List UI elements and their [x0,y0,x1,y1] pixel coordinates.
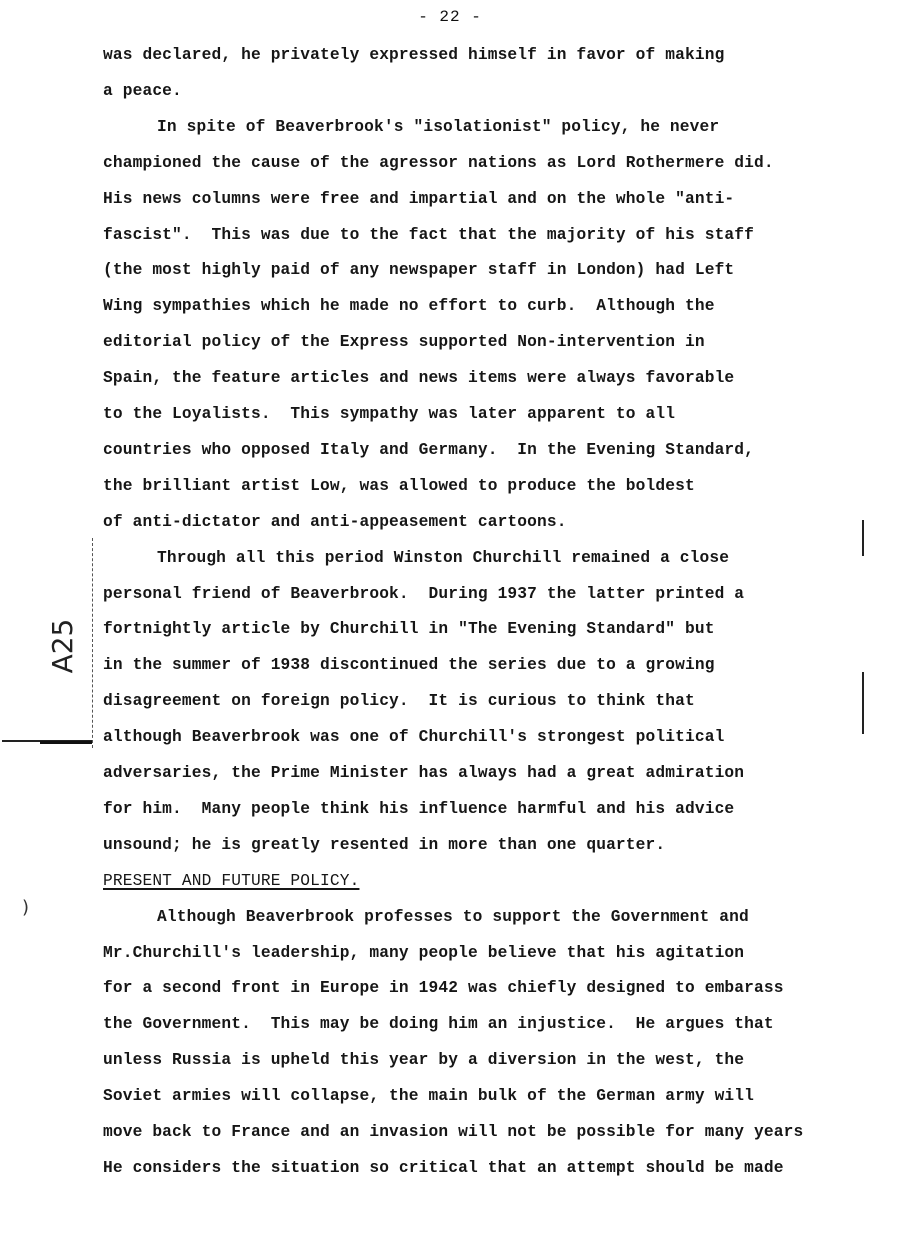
text-line: Spain, the feature articles and news ite… [103,369,734,387]
text-line: Through all this period Winston Churchil… [157,549,729,567]
text-line: unless Russia is upheld this year by a d… [103,1051,744,1069]
margin-pointer-line-thick [40,741,92,744]
margin-note-text: A25 [49,611,77,681]
right-margin-line [862,672,864,734]
text-line: of anti-dictator and anti-appeasement ca… [103,513,567,531]
text-line: unsound; he is greatly resented in more … [103,836,665,854]
section-heading: PRESENT AND FUTURE POLICY. [103,872,359,890]
text-line: to the Loyalists. This sympathy was late… [103,405,675,423]
text-line: fortnightly article by Churchill in "The… [103,620,715,638]
text-line: for him. Many people think his influence… [103,800,734,818]
text-line: Mr.Churchill's leadership, many people b… [103,944,744,962]
text-line: the Government. This may be doing him an… [103,1015,774,1033]
text-line: (the most highly paid of any newspaper s… [103,261,734,279]
text-line: the brilliant artist Low, was allowed to… [103,477,695,495]
margin-paren-mark: ) [22,897,29,918]
text-line: was declared, he privately expressed him… [103,46,724,64]
text-line: for a second front in Europe in 1942 was… [103,979,784,997]
text-line: He considers the situation so critical t… [103,1159,784,1177]
handwritten-margin-note: A25 [42,614,82,684]
text-line: fascist". This was due to the fact that … [103,226,754,244]
text-line: in the summer of 1938 discontinued the s… [103,656,715,674]
text-line: although Beaverbrook was one of Churchil… [103,728,724,746]
text-line: In spite of Beaverbrook's "isolationist"… [157,118,719,136]
text-line: adversaries, the Prime Minister has alwa… [103,764,744,782]
right-margin-line [862,520,864,556]
text-line: championed the cause of the agressor nat… [103,154,774,172]
text-line: countries who opposed Italy and Germany.… [103,441,754,459]
text-line: move back to France and an invasion will… [103,1123,803,1141]
page-number: - 22 - [0,8,900,26]
margin-bracket-line [92,538,94,748]
text-line: Wing sympathies which he made no effort … [103,297,715,315]
text-line: Soviet armies will collapse, the main bu… [103,1087,754,1105]
text-line: His news columns were free and impartial… [103,190,734,208]
text-line: disagreement on foreign policy. It is cu… [103,692,695,710]
text-line: editorial policy of the Express supporte… [103,333,705,351]
text-line: a peace. [103,82,182,100]
text-line: Although Beaverbrook professes to suppor… [157,908,749,926]
text-line: personal friend of Beaverbrook. During 1… [103,585,744,603]
